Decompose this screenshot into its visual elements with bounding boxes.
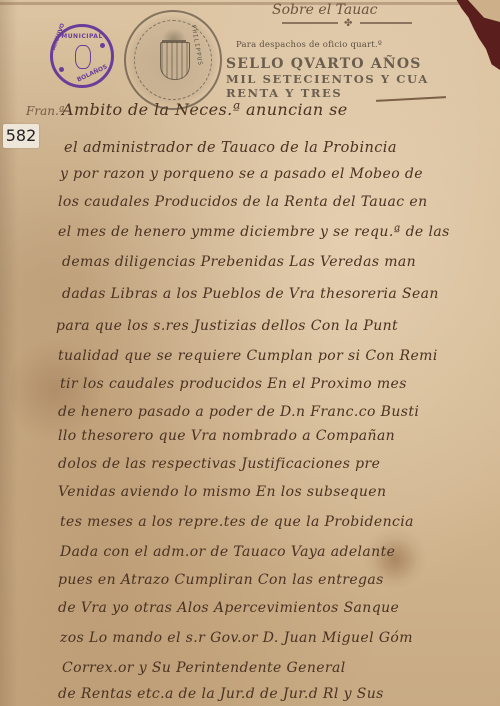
- manuscript-line: los caudales Producidos de la Renta del …: [58, 194, 427, 210]
- manuscript-line: tes meses a los repre.tes de que la Prob…: [60, 514, 414, 530]
- manuscript-line: y por razon y porqueno se a pasado el Mo…: [60, 166, 423, 182]
- stamp-title-line-1: SELLO QVARTO AÑOS: [226, 56, 422, 72]
- stamp-title-line-2: MIL SETECIENTOS Y CUA: [226, 72, 429, 86]
- stamp-dot-icon: [100, 43, 105, 48]
- manuscript-line: pues en Atrazo Cumpliran Con las entrega…: [58, 572, 384, 588]
- manuscript-line: dolos de las respectivas Justificaciones…: [58, 456, 380, 472]
- manuscript-line: para que los s.res Justizias dellos Con …: [56, 318, 398, 334]
- manuscript-page: MUNICIPAL ARCHIVO BOLAÑOS PHILIPPUS Sobr…: [0, 0, 500, 706]
- manuscript-line: de Rentas etc.a de la Jur.d de Jur.d Rl …: [58, 686, 384, 702]
- top-fold-line: [0, 2, 500, 5]
- page-edge-shadow: [0, 0, 18, 706]
- manuscript-line: llo thesorero que Vra nombrado a Compaña…: [58, 428, 395, 444]
- manuscript-line: de Vra yo otras Alos Apercevimientos San…: [58, 600, 399, 616]
- manuscript-line: de henero pasado a poder de D.n Franc.co…: [58, 404, 419, 420]
- shield-icon: [160, 42, 190, 80]
- margin-note: Fran.ª: [26, 104, 64, 118]
- manuscript-line: zos Lo mando el s.r Gov.or D. Juan Migue…: [60, 630, 413, 646]
- manuscript-line: Dada con el adm.or de Tauaco Vaya adelan…: [60, 544, 395, 560]
- ornament-icon: ✤: [344, 18, 352, 29]
- heading-rule-right: [360, 22, 412, 24]
- manuscript-line: tir los caudales producidos En el Proxim…: [60, 376, 407, 392]
- manuscript-line: Correx.or y Su Perintendente General: [62, 660, 346, 676]
- folio-number-label: 582: [3, 124, 39, 148]
- manuscript-line: demas diligencias Prebenidas Las Veredas…: [62, 254, 416, 270]
- archive-stamp: MUNICIPAL ARCHIVO BOLAÑOS: [50, 24, 114, 88]
- document-heading: Sobre el Tauac: [272, 2, 377, 18]
- heading-rule-left: [282, 22, 338, 24]
- manuscript-line: Venidas aviendo lo mismo En los subseque…: [58, 484, 386, 500]
- manuscript-line: Ambito de la Neces.ª anuncian se: [62, 100, 348, 119]
- coat-of-arms-icon: PHILIPPUS: [124, 10, 222, 110]
- stamp-subtitle: Para despachos de oficio quart.º: [236, 40, 382, 50]
- manuscript-line: tualidad que se requiere Cumplan por si …: [58, 348, 438, 364]
- crown-icon: [162, 28, 186, 42]
- manuscript-line: el mes de henero ymme diciembre y se req…: [58, 224, 450, 240]
- manuscript-line: dadas Libras a los Pueblos de Vra thesor…: [62, 286, 439, 302]
- stamp-flourish: [376, 96, 446, 102]
- stamp-title-line-3: RENTA Y TRES: [226, 86, 342, 100]
- manuscript-line: el administrador de Tauaco de la Probinc…: [64, 140, 397, 156]
- archive-emblem-icon: [75, 45, 91, 69]
- stamp-dot-icon: [59, 67, 64, 72]
